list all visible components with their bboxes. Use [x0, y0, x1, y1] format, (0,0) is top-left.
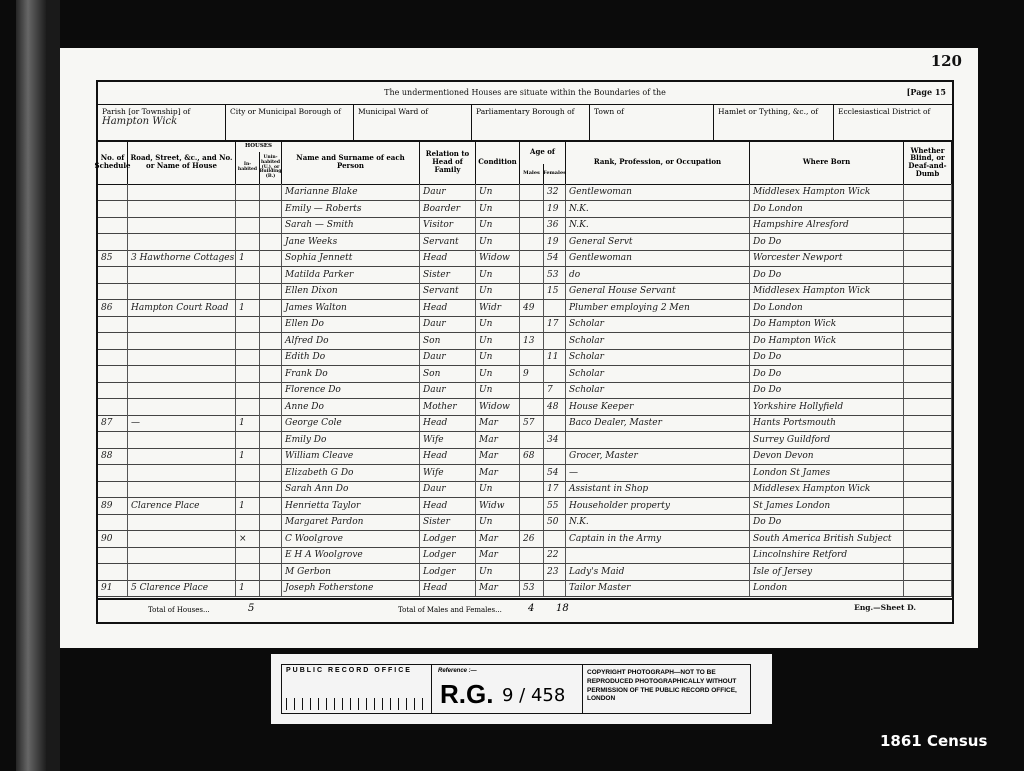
film-edge-shadow	[46, 0, 60, 771]
table-row: 90×C WoolgroveLodgerMar26Captain in the …	[98, 531, 952, 548]
cell-occ: Scholar	[566, 366, 750, 382]
area-value: Hampton Wick	[102, 116, 221, 127]
cell-road	[128, 316, 236, 332]
cell-inh: 1	[236, 250, 260, 266]
cell-sch	[98, 432, 128, 448]
table-row: M GerbonLodgerUn23Lady's MaidIsle of Jer…	[98, 564, 952, 581]
cell-inh	[236, 333, 260, 349]
cell-occ: House Keeper	[566, 399, 750, 415]
cell-name: Anne Do	[282, 399, 420, 415]
cell-rel: Lodger	[420, 547, 476, 563]
cell-sch	[98, 514, 128, 530]
cell-road	[128, 349, 236, 365]
cell-sch	[98, 481, 128, 497]
cell-sch	[98, 201, 128, 217]
area-3: Parliamentary Borough of	[472, 104, 590, 140]
cell-name: Elizabeth G Do	[282, 465, 420, 481]
cell-occ: Captain in the Army	[566, 531, 750, 547]
cell-road	[128, 283, 236, 299]
cell-rel: Sister	[420, 267, 476, 283]
table-row: Sarah — SmithVisitorUn36N.K.Hampshire Al…	[98, 217, 952, 234]
cell-m	[520, 481, 544, 497]
cell-blind	[904, 382, 952, 398]
cell-inh	[236, 366, 260, 382]
cell-occ	[566, 547, 750, 563]
cell-name: Florence Do	[282, 382, 420, 398]
reference-prefix: R.G.	[440, 679, 493, 710]
page-label: [Page 15	[907, 87, 946, 97]
cell-uninh	[260, 366, 282, 382]
cell-born: Do Do	[750, 267, 904, 283]
cell-inh	[236, 465, 260, 481]
cell-cond: Mar	[476, 448, 520, 464]
header-intro: The undermentioned Houses are situate wi…	[98, 82, 952, 105]
cell-occ: —	[566, 465, 750, 481]
cell-inh	[236, 316, 260, 332]
table-row: Emily — RobertsBoarderUn19N.K.Do London	[98, 201, 952, 218]
cell-rel: Mother	[420, 399, 476, 415]
cell-rel: Boarder	[420, 201, 476, 217]
cell-name: Sarah — Smith	[282, 217, 420, 233]
film-edge	[16, 0, 46, 771]
cell-uninh	[260, 531, 282, 547]
cell-cond: Un	[476, 267, 520, 283]
cell-sch	[98, 465, 128, 481]
cell-rel: Daur	[420, 481, 476, 497]
cell-inh: 1	[236, 580, 260, 596]
cell-born: London St James	[750, 465, 904, 481]
cell-rel: Visitor	[420, 217, 476, 233]
cell-road	[128, 564, 236, 580]
area-2: Municipal Ward of	[354, 104, 472, 140]
cell-occ: Scholar	[566, 382, 750, 398]
cell-uninh	[260, 300, 282, 316]
cell-rel: Head	[420, 250, 476, 266]
table-row: Margaret PardonSisterUn50N.K.Do Do	[98, 514, 952, 531]
header-cond: Condition	[476, 140, 520, 184]
table-row: 915 Clarence Place1Joseph FotherstoneHea…	[98, 580, 952, 597]
cell-f: 50	[544, 514, 566, 530]
cell-f: 53	[544, 267, 566, 283]
total-houses-label: Total of Houses...	[148, 606, 210, 614]
column-headers: No. of ScheduleRoad, Street, &c., and No…	[98, 140, 952, 185]
cell-name: Ellen Dixon	[282, 283, 420, 299]
table-row: Anne DoMotherWidow48House KeeperYorkshir…	[98, 399, 952, 416]
cell-rel: Servant	[420, 234, 476, 250]
cell-rel: Head	[420, 415, 476, 431]
cell-m	[520, 349, 544, 365]
cell-name: Matilda Parker	[282, 267, 420, 283]
area-6: Ecclesiastical District of	[834, 104, 952, 140]
cell-occ: Gentlewoman	[566, 184, 750, 200]
cell-uninh	[260, 465, 282, 481]
cell-sch	[98, 217, 128, 233]
cell-occ: Scholar	[566, 316, 750, 332]
table-row: 853 Hawthorne Cottages1Sophia JennettHea…	[98, 250, 952, 267]
cell-road	[128, 531, 236, 547]
area-5: Hamlet or Tything, &c., of	[714, 104, 834, 140]
ruler: PUBLIC RECORD OFFICE	[282, 665, 432, 713]
cell-road: Clarence Place	[128, 498, 236, 514]
table-row: Matilda ParkerSisterUn53doDo Do	[98, 267, 952, 284]
cell-f	[544, 448, 566, 464]
cell-m: 13	[520, 333, 544, 349]
cell-f: 36	[544, 217, 566, 233]
cell-born: Do Hampton Wick	[750, 316, 904, 332]
cell-rel: Servant	[420, 283, 476, 299]
cell-uninh	[260, 498, 282, 514]
cell-blind	[904, 580, 952, 596]
cell-inh	[236, 184, 260, 200]
cell-blind	[904, 531, 952, 547]
cell-occ: Scholar	[566, 349, 750, 365]
cell-rel: Son	[420, 333, 476, 349]
cell-born: Do London	[750, 300, 904, 316]
table-row: Florence DoDaurUn7ScholarDo Do	[98, 382, 952, 399]
cell-cond: Mar	[476, 547, 520, 563]
cell-cond: Un	[476, 349, 520, 365]
table-row: Edith DoDaurUn11ScholarDo Do	[98, 349, 952, 366]
cell-sch	[98, 234, 128, 250]
cell-inh	[236, 349, 260, 365]
cell-road: —	[128, 415, 236, 431]
header-uninh: Unin-habited (U.), or Building (B.)	[260, 152, 282, 184]
table-row: Alfred DoSonUn13ScholarDo Hampton Wick	[98, 333, 952, 350]
cell-inh: 1	[236, 300, 260, 316]
cell-road	[128, 201, 236, 217]
header-sch: No. of Schedule	[98, 140, 128, 184]
cell-rel: Lodger	[420, 531, 476, 547]
total-females: 18	[556, 603, 569, 614]
cell-road	[128, 448, 236, 464]
area-4: Town of	[590, 104, 714, 140]
cell-blind	[904, 564, 952, 580]
cell-blind	[904, 333, 952, 349]
cell-name: Jane Weeks	[282, 234, 420, 250]
cell-blind	[904, 399, 952, 415]
cell-blind	[904, 316, 952, 332]
cell-born: Yorkshire Hollyfield	[750, 399, 904, 415]
cell-blind	[904, 234, 952, 250]
cell-name: Henrietta Taylor	[282, 498, 420, 514]
cell-road	[128, 382, 236, 398]
cell-rel: Daur	[420, 382, 476, 398]
table-row: Marianne BlakeDaurUn32GentlewomanMiddles…	[98, 184, 952, 201]
boundary-areas: Parish [or Township] ofHampton WickCity …	[98, 104, 952, 142]
cell-m	[520, 514, 544, 530]
cell-blind	[904, 201, 952, 217]
cell-m	[520, 201, 544, 217]
cell-f: 19	[544, 234, 566, 250]
cell-rel: Daur	[420, 184, 476, 200]
cell-m: 49	[520, 300, 544, 316]
cell-f	[544, 333, 566, 349]
cell-born: Surrey Guildford	[750, 432, 904, 448]
cell-inh	[236, 201, 260, 217]
cell-born: Worcester Newport	[750, 250, 904, 266]
cell-rel: Daur	[420, 316, 476, 332]
cell-cond: Widow	[476, 250, 520, 266]
header-road: Road, Street, &c., and No. or Name of Ho…	[128, 140, 236, 184]
cell-born: Do Do	[750, 382, 904, 398]
cell-m	[520, 564, 544, 580]
cell-inh	[236, 217, 260, 233]
cell-f: 54	[544, 250, 566, 266]
cell-born: Do Do	[750, 349, 904, 365]
cell-rel: Lodger	[420, 564, 476, 580]
header-born: Where Born	[750, 140, 904, 184]
cell-blind	[904, 514, 952, 530]
cell-sch: 89	[98, 498, 128, 514]
cell-blind	[904, 217, 952, 233]
cell-name: Sarah Ann Do	[282, 481, 420, 497]
cell-uninh	[260, 481, 282, 497]
cell-inh	[236, 432, 260, 448]
table-row: Jane WeeksServantUn19General ServtDo Do	[98, 234, 952, 251]
table-row: 87—1George ColeHeadMar57Baco Dealer, Mas…	[98, 415, 952, 432]
page-stamp: 120	[931, 52, 962, 70]
header-occ: Rank, Profession, or Occupation	[566, 140, 750, 184]
cell-m: 57	[520, 415, 544, 431]
cell-f: 11	[544, 349, 566, 365]
cell-occ: Plumber employing 2 Men	[566, 300, 750, 316]
cell-cond: Widow	[476, 399, 520, 415]
cell-m	[520, 465, 544, 481]
cell-occ: do	[566, 267, 750, 283]
cell-m	[520, 250, 544, 266]
cell-blind	[904, 481, 952, 497]
cell-name: Ellen Do	[282, 316, 420, 332]
cell-road	[128, 547, 236, 563]
cell-uninh	[260, 547, 282, 563]
cell-m	[520, 217, 544, 233]
census-caption: 1861 Census	[880, 732, 987, 750]
table-row: E H A WoolgroveLodgerMar22Lincolnshire R…	[98, 547, 952, 564]
cell-uninh	[260, 448, 282, 464]
header-m: Males	[520, 164, 544, 184]
cell-born: Hants Portsmouth	[750, 415, 904, 431]
cell-blind	[904, 465, 952, 481]
census-form: The undermentioned Houses are situate wi…	[96, 80, 954, 624]
cell-road	[128, 481, 236, 497]
cell-m	[520, 184, 544, 200]
table-row: Frank DoSonUn9ScholarDo Do	[98, 366, 952, 383]
cell-sch	[98, 267, 128, 283]
cell-road	[128, 432, 236, 448]
cell-name: E H A Woolgrove	[282, 547, 420, 563]
record-office-label: PUBLIC RECORD OFFICE Reference :— R.G. 9…	[271, 654, 772, 724]
cell-rel: Son	[420, 366, 476, 382]
cell-occ: General Servt	[566, 234, 750, 250]
table-row: 89Clarence Place1Henrietta TaylorHeadWid…	[98, 498, 952, 515]
cell-road	[128, 514, 236, 530]
cell-sch: 86	[98, 300, 128, 316]
cell-cond: Un	[476, 333, 520, 349]
cell-cond: Mar	[476, 415, 520, 431]
cell-occ: Assistant in Shop	[566, 481, 750, 497]
cell-occ: General House Servant	[566, 283, 750, 299]
cell-occ: Baco Dealer, Master	[566, 415, 750, 431]
cell-f: 17	[544, 481, 566, 497]
cell-road	[128, 217, 236, 233]
cell-cond: Un	[476, 514, 520, 530]
cell-occ: N.K.	[566, 514, 750, 530]
cell-uninh	[260, 564, 282, 580]
cell-m	[520, 267, 544, 283]
cell-rel: Head	[420, 498, 476, 514]
cell-f	[544, 415, 566, 431]
cell-blind	[904, 547, 952, 563]
cell-cond: Mar	[476, 580, 520, 596]
cell-m	[520, 316, 544, 332]
cell-uninh	[260, 432, 282, 448]
cell-f	[544, 580, 566, 596]
cell-sch: 85	[98, 250, 128, 266]
cell-inh: ×	[236, 531, 260, 547]
cell-born: Middlesex Hampton Wick	[750, 481, 904, 497]
cell-cond: Un	[476, 234, 520, 250]
cell-road	[128, 184, 236, 200]
cell-occ: Lady's Maid	[566, 564, 750, 580]
cell-cond: Widw	[476, 498, 520, 514]
cell-occ: N.K.	[566, 201, 750, 217]
cell-f	[544, 531, 566, 547]
header-blind: Whether Blind, or Deaf-and-Dumb	[904, 140, 952, 184]
cell-inh: 1	[236, 415, 260, 431]
cell-uninh	[260, 184, 282, 200]
cell-name: Emily Do	[282, 432, 420, 448]
cell-road	[128, 267, 236, 283]
cell-f: 54	[544, 465, 566, 481]
cell-born: South America British Subject	[750, 531, 904, 547]
cell-cond: Un	[476, 217, 520, 233]
cell-name: William Cleave	[282, 448, 420, 464]
cell-sch	[98, 564, 128, 580]
cell-born: St James London	[750, 498, 904, 514]
census-sheet: 120 The undermentioned Houses are situat…	[60, 48, 978, 648]
cell-name: Emily — Roberts	[282, 201, 420, 217]
cell-born: Isle of Jersey	[750, 564, 904, 580]
cell-m: 53	[520, 580, 544, 596]
cell-f: 19	[544, 201, 566, 217]
cell-rel: Daur	[420, 349, 476, 365]
cell-uninh	[260, 267, 282, 283]
cell-f: 55	[544, 498, 566, 514]
cell-inh: 1	[236, 498, 260, 514]
cell-cond: Un	[476, 366, 520, 382]
cell-sch	[98, 283, 128, 299]
cell-inh	[236, 547, 260, 563]
cell-cond: Un	[476, 184, 520, 200]
cell-road	[128, 234, 236, 250]
cell-name: James Walton	[282, 300, 420, 316]
cell-f: 34	[544, 432, 566, 448]
cell-road	[128, 366, 236, 382]
cell-born: London	[750, 580, 904, 596]
cell-m	[520, 498, 544, 514]
cell-blind	[904, 366, 952, 382]
cell-m	[520, 382, 544, 398]
cell-name: Joseph Fotherstone	[282, 580, 420, 596]
cell-occ: Tailor Master	[566, 580, 750, 596]
cell-inh	[236, 564, 260, 580]
table-row: Ellen DoDaurUn17ScholarDo Hampton Wick	[98, 316, 952, 333]
cell-m: 9	[520, 366, 544, 382]
copyright-notice: COPYRIGHT PHOTOGRAPH—NOT TO BE REPRODUCE…	[583, 665, 750, 713]
cell-uninh	[260, 234, 282, 250]
header-f: Females	[544, 164, 566, 184]
cell-uninh	[260, 201, 282, 217]
reference-number: 9 / 458	[502, 685, 565, 706]
cell-road: 5 Clarence Place	[128, 580, 236, 596]
cell-inh	[236, 481, 260, 497]
cell-m	[520, 234, 544, 250]
cell-born: Do Do	[750, 514, 904, 530]
cell-sch: 91	[98, 580, 128, 596]
cell-m: 26	[520, 531, 544, 547]
header-name: Name and Surname of each Person	[282, 140, 420, 184]
table-row: 881William CleaveHeadMar68Grocer, Master…	[98, 448, 952, 465]
cell-sch	[98, 349, 128, 365]
cell-inh	[236, 267, 260, 283]
cell-rel: Head	[420, 300, 476, 316]
table-row: Elizabeth G DoWifeMar54—London St James	[98, 465, 952, 482]
cell-uninh	[260, 415, 282, 431]
cell-road	[128, 333, 236, 349]
cell-occ: Gentlewoman	[566, 250, 750, 266]
area-1: City or Municipal Borough of	[226, 104, 354, 140]
cell-name: C Woolgrove	[282, 531, 420, 547]
cell-blind	[904, 267, 952, 283]
cell-occ	[566, 432, 750, 448]
cell-blind	[904, 250, 952, 266]
cell-rel: Wife	[420, 432, 476, 448]
cell-uninh	[260, 250, 282, 266]
cell-m: 68	[520, 448, 544, 464]
cell-born: Do London	[750, 201, 904, 217]
cell-name: Marianne Blake	[282, 184, 420, 200]
cell-uninh	[260, 333, 282, 349]
cell-m	[520, 432, 544, 448]
cell-born: Lincolnshire Retford	[750, 547, 904, 563]
cell-f: 22	[544, 547, 566, 563]
cell-blind	[904, 184, 952, 200]
cell-uninh	[260, 316, 282, 332]
cell-uninh	[260, 217, 282, 233]
cell-blind	[904, 432, 952, 448]
cell-f: 23	[544, 564, 566, 580]
cell-cond: Un	[476, 382, 520, 398]
cell-uninh	[260, 283, 282, 299]
cell-name: Margaret Pardon	[282, 514, 420, 530]
area-0: Parish [or Township] ofHampton Wick	[98, 104, 226, 140]
cell-sch	[98, 366, 128, 382]
cell-m	[520, 283, 544, 299]
cell-blind	[904, 349, 952, 365]
cell-cond: Mar	[476, 432, 520, 448]
cell-m	[520, 547, 544, 563]
cell-cond: Un	[476, 316, 520, 332]
cell-name: Sophia Jennett	[282, 250, 420, 266]
cell-sch	[98, 333, 128, 349]
cell-occ: Grocer, Master	[566, 448, 750, 464]
cell-name: M Gerbon	[282, 564, 420, 580]
cell-rel: Wife	[420, 465, 476, 481]
sheet-footer: Eng.—Sheet D.	[854, 603, 916, 612]
cell-inh	[236, 234, 260, 250]
ruler-ticks	[286, 698, 427, 710]
cell-uninh	[260, 514, 282, 530]
